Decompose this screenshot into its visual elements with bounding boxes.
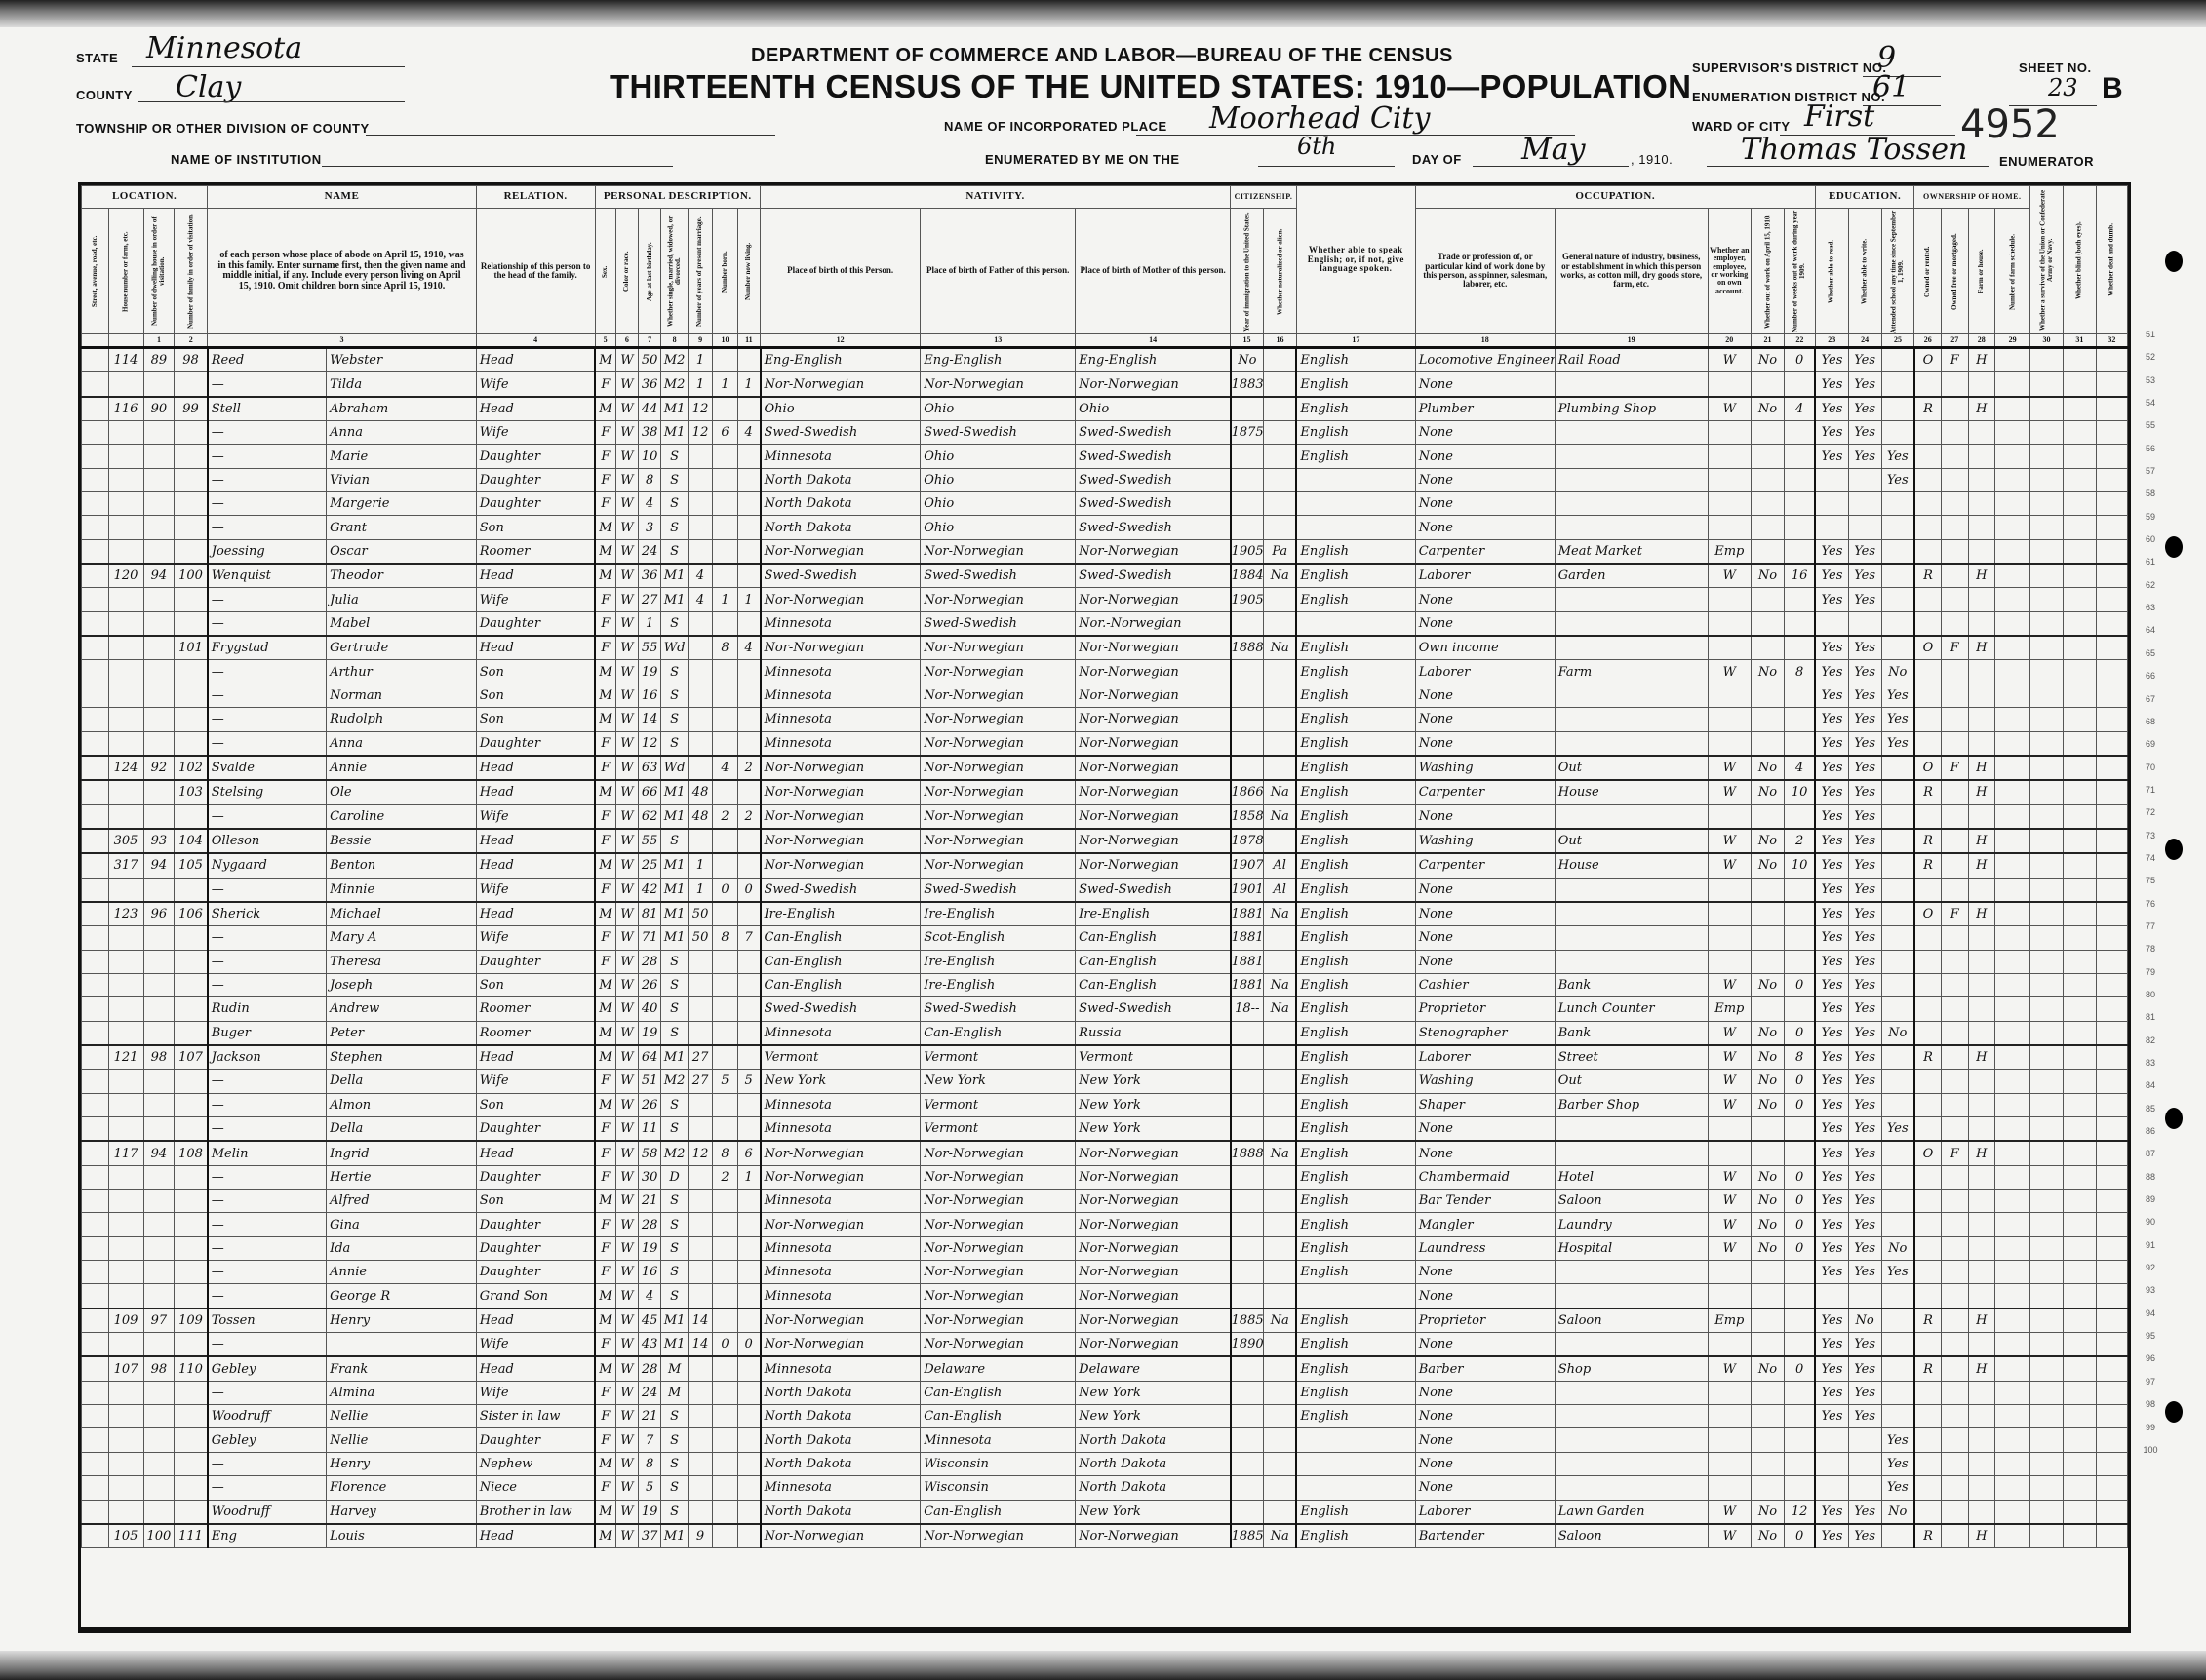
cell-school: Yes (1881, 1261, 1914, 1284)
cell-born: 8 (713, 1141, 737, 1165)
cell-yrs: 12 (688, 421, 712, 445)
cell-school (1881, 1213, 1914, 1236)
census-row: —HertieDaughterFW30D21Nor-NorwegianNor-N… (82, 1165, 2128, 1189)
group-nativity: NATIVITY. (761, 186, 1231, 209)
cell-nat (1264, 588, 1297, 611)
cell-nat: Na (1264, 902, 1297, 926)
cell-eng: English (1296, 539, 1415, 564)
cell-bm: New York (1076, 1405, 1231, 1428)
cell-sex: F (595, 588, 615, 611)
cell-surname: — (208, 950, 327, 973)
cell-born: 6 (713, 421, 737, 445)
cell-bm: Nor-Norwegian (1076, 731, 1231, 756)
cell-imm (1231, 1381, 1264, 1404)
cell-mtg (1942, 1213, 1969, 1236)
cell-sex: F (595, 1236, 615, 1260)
cell-trade: None (1415, 1117, 1555, 1142)
cell-yrs: 48 (688, 804, 712, 829)
cell-mtg (1942, 926, 1969, 950)
cell-street (82, 731, 109, 756)
cell-mtg (1942, 1405, 1969, 1428)
cell-given: Caroline (327, 804, 477, 829)
cell-bf: Ire-English (921, 950, 1076, 973)
cell-family (175, 1333, 208, 1357)
cell-deaf (2096, 1117, 2127, 1142)
cell-nat (1264, 1213, 1297, 1236)
cell-write: Yes (1848, 804, 1881, 829)
cell-nat (1264, 1117, 1297, 1142)
cell-deaf (2096, 1070, 2127, 1093)
cell-emp (1708, 588, 1751, 611)
cell-farm: H (1968, 853, 1995, 878)
cell-nat (1264, 516, 1297, 539)
institution-label: Name of institution (171, 152, 322, 167)
cell-write: Yes (1848, 1141, 1881, 1165)
cell-bf: Nor-Norwegian (921, 588, 1076, 611)
cell-school (1881, 1309, 1914, 1333)
cell-nat (1264, 708, 1297, 731)
cell-sex: F (595, 1141, 615, 1165)
cell-school (1881, 1284, 1914, 1309)
cell-read: Yes (1815, 684, 1848, 707)
cell-blind (2063, 636, 2096, 660)
column-number: 18 (1415, 334, 1555, 348)
punch-hole (2165, 536, 2183, 558)
cell-read: Yes (1815, 539, 1848, 564)
cell-mtg (1942, 804, 1969, 829)
cell-dwelling (143, 997, 175, 1021)
cell-mtg (1942, 492, 1969, 516)
cell-mtg (1942, 539, 1969, 564)
cell-wks: 0 (1784, 1213, 1815, 1236)
cell-vet (2030, 973, 2064, 996)
cell-house (108, 1261, 143, 1284)
cell-emp: W (1708, 756, 1751, 780)
cell-imm: 18-- (1231, 997, 1264, 1021)
cell-blind (2063, 1524, 2096, 1548)
cell-wks: 12 (1784, 1500, 1815, 1524)
cell-yrs: 1 (688, 372, 712, 397)
cell-marital: M1 (661, 1045, 689, 1070)
cell-blind (2063, 1261, 2096, 1284)
cell-own (1914, 731, 1942, 756)
cell-given: Annie (327, 756, 477, 780)
cell-family: 98 (175, 348, 208, 372)
cell-street (82, 492, 109, 516)
cell-wks: 0 (1784, 1356, 1815, 1381)
cell-given: Theodor (327, 564, 477, 588)
cell-sex: F (595, 611, 615, 636)
cell-write: Yes (1848, 950, 1881, 973)
cell-read: Yes (1815, 950, 1848, 973)
cell-emp: W (1708, 973, 1751, 996)
cell-fs (1995, 588, 2030, 611)
cell-bf: Nor-Norwegian (921, 1261, 1076, 1284)
cell-imm (1231, 756, 1264, 780)
cell-write: Yes (1848, 1117, 1881, 1142)
cell-write (1848, 492, 1881, 516)
cell-school (1881, 1141, 1914, 1165)
col-weeks-out: Number of weeks out of work during year … (1784, 209, 1815, 334)
cell-surname: Sherick (208, 902, 327, 926)
cell-dwelling (143, 1190, 175, 1213)
cell-bf: Delaware (921, 1356, 1076, 1381)
cell-blind (2063, 372, 2096, 397)
cell-family (175, 731, 208, 756)
cell-given: Almina (327, 1381, 477, 1404)
cell-marital: S (661, 468, 689, 491)
cell-yrs (688, 611, 712, 636)
cell-industry (1555, 684, 1708, 707)
cell-oow: No (1752, 1500, 1785, 1524)
cell-born (713, 1452, 737, 1475)
cell-mtg (1942, 468, 1969, 491)
cell-family (175, 1213, 208, 1236)
cell-industry: Laundry (1555, 1213, 1708, 1236)
cell-relation: Son (476, 708, 595, 731)
cell-fs (1995, 756, 2030, 780)
column-number: 19 (1555, 334, 1708, 348)
cell-street (82, 950, 109, 973)
cell-oow: No (1752, 1213, 1785, 1236)
cell-living (737, 1476, 760, 1500)
cell-own: O (1914, 636, 1942, 660)
cell-living (737, 1500, 760, 1524)
cell-race: W (615, 492, 638, 516)
cell-oow: No (1752, 1236, 1785, 1260)
cell-nat (1264, 1381, 1297, 1404)
cell-imm (1231, 1021, 1264, 1045)
cell-race: W (615, 878, 638, 902)
cell-fs (1995, 997, 2030, 1021)
cell-imm: 1905 (1231, 539, 1264, 564)
col-children-born: Number born. (713, 209, 737, 334)
col-marital: Whether single, married, widowed, or div… (661, 209, 689, 334)
cell-marital: S (661, 1236, 689, 1260)
cell-surname: Reed (208, 348, 327, 372)
cell-marital: Wd (661, 636, 689, 660)
cell-mtg: F (1942, 1141, 1969, 1165)
cell-own (1914, 1428, 1942, 1452)
cell-emp (1708, 1452, 1751, 1475)
cell-bf: Nor-Norwegian (921, 660, 1076, 684)
cell-industry (1555, 926, 1708, 950)
cell-dwelling (143, 950, 175, 973)
cell-street (82, 516, 109, 539)
cell-surname: — (208, 445, 327, 468)
cell-wks (1784, 1117, 1815, 1142)
col-age: Age at last birthday. (639, 209, 661, 334)
cell-read: Yes (1815, 878, 1848, 902)
cell-nat (1264, 1165, 1297, 1189)
cell-given: Norman (327, 684, 477, 707)
line-number: 97 (2136, 1371, 2165, 1393)
cell-house (108, 1190, 143, 1213)
cell-sex: F (595, 1333, 615, 1357)
cell-living: 7 (737, 926, 760, 950)
cell-race: W (615, 804, 638, 829)
cell-bf: Scot-English (921, 926, 1076, 950)
census-row: —TildaWifeFW36M2111Nor-NorwegianNor-Norw… (82, 372, 2128, 397)
cell-age: 16 (639, 684, 661, 707)
cell-farm: H (1968, 564, 1995, 588)
cell-write: Yes (1848, 708, 1881, 731)
cell-farm (1968, 1093, 1995, 1116)
cell-family: 111 (175, 1524, 208, 1548)
cell-farm (1968, 1236, 1995, 1260)
cell-oow: No (1752, 1070, 1785, 1093)
cell-school: Yes (1881, 1428, 1914, 1452)
cell-nat (1264, 1093, 1297, 1116)
cell-race: W (615, 611, 638, 636)
cell-dwelling: 93 (143, 829, 175, 853)
cell-marital: M1 (661, 1333, 689, 1357)
cell-farm (1968, 1117, 1995, 1142)
cell-eng: English (1296, 445, 1415, 468)
cell-bm: New York (1076, 1093, 1231, 1116)
cell-living: 0 (737, 1333, 760, 1357)
cell-age: 28 (639, 950, 661, 973)
cell-living (737, 1190, 760, 1213)
cell-deaf (2096, 397, 2127, 421)
line-number: 73 (2136, 825, 2165, 847)
cell-dwelling: 98 (143, 1356, 175, 1381)
cell-trade: Barber (1415, 1356, 1555, 1381)
cell-blind (2063, 853, 2096, 878)
cell-fs (1995, 372, 2030, 397)
cell-blind (2063, 468, 2096, 491)
cell-read (1815, 611, 1848, 636)
cell-age: 37 (639, 1524, 661, 1548)
cell-relation: Grand Son (476, 1284, 595, 1309)
cell-age: 58 (639, 1141, 661, 1165)
cell-mtg (1942, 708, 1969, 731)
cell-race: W (615, 1284, 638, 1309)
cell-sex: F (595, 1405, 615, 1428)
col-dwelling: Number of dwelling house in order of vis… (143, 209, 175, 334)
cell-yrs (688, 1284, 712, 1309)
cell-fs (1995, 1093, 2030, 1116)
cell-born (713, 1261, 737, 1284)
cell-house (108, 588, 143, 611)
cell-born (713, 1190, 737, 1213)
cell-eng: English (1296, 950, 1415, 973)
cell-bf: Ire-English (921, 973, 1076, 996)
census-row: —George RGrand SonMW4SMinnesotaNor-Norwe… (82, 1284, 2128, 1309)
cell-school (1881, 1333, 1914, 1357)
cell-born (713, 997, 737, 1021)
cell-wks: 4 (1784, 397, 1815, 421)
cell-nat: Al (1264, 853, 1297, 878)
cell-mtg (1942, 829, 1969, 853)
cell-surname: — (208, 1284, 327, 1309)
cell-trade: Laborer (1415, 1045, 1555, 1070)
cell-wks (1784, 445, 1815, 468)
cell-vet (2030, 731, 2064, 756)
cell-living (737, 1381, 760, 1404)
cell-house: 121 (108, 1045, 143, 1070)
col-farm-house: Farm or house. (1968, 209, 1995, 334)
cell-relation: Son (476, 516, 595, 539)
cell-blind (2063, 1070, 2096, 1093)
cell-school (1881, 950, 1914, 973)
cell-trade: None (1415, 468, 1555, 491)
cell-vet (2030, 588, 2064, 611)
cell-bp: Minnesota (761, 1117, 921, 1142)
cell-trade: None (1415, 1476, 1555, 1500)
cell-living (737, 445, 760, 468)
cell-farm (1968, 1428, 1995, 1452)
cell-industry: Farm (1555, 660, 1708, 684)
line-number: 68 (2136, 711, 2165, 733)
cell-own (1914, 1333, 1942, 1357)
cell-yrs (688, 950, 712, 973)
cell-imm: 1883 (1231, 372, 1264, 397)
cell-write: No (1848, 1309, 1881, 1333)
cell-dwelling (143, 804, 175, 829)
cell-age: 28 (639, 1356, 661, 1381)
cell-emp: Emp (1708, 997, 1751, 1021)
cell-living: 5 (737, 1070, 760, 1093)
cell-given: Almon (327, 1093, 477, 1116)
cell-born: 8 (713, 636, 737, 660)
cell-given: Peter (327, 1021, 477, 1045)
cell-deaf (2096, 853, 2127, 878)
cell-bm: Nor-Norwegian (1076, 708, 1231, 731)
cell-own (1914, 1476, 1942, 1500)
col-read: Whether able to read. (1815, 209, 1848, 334)
cell-emp: Emp (1708, 1309, 1751, 1333)
cell-oow (1752, 1333, 1785, 1357)
cell-dwelling (143, 539, 175, 564)
cell-bf: Nor-Norwegian (921, 684, 1076, 707)
cell-relation: Head (476, 636, 595, 660)
cell-nat (1264, 1284, 1297, 1309)
cell-fs (1995, 926, 2030, 950)
cell-deaf (2096, 539, 2127, 564)
cell-nat (1264, 468, 1297, 491)
cell-house (108, 1165, 143, 1189)
cell-blind (2063, 348, 2096, 372)
cell-oow: No (1752, 756, 1785, 780)
census-row: —CarolineWifeFW62M14822Nor-NorwegianNor-… (82, 804, 2128, 829)
cell-fs (1995, 1261, 2030, 1284)
cell-industry (1555, 516, 1708, 539)
cell-living: 1 (737, 588, 760, 611)
cell-marital: S (661, 950, 689, 973)
cell-emp: W (1708, 1190, 1751, 1213)
line-number: 86 (2136, 1120, 2165, 1143)
cell-given: Abraham (327, 397, 477, 421)
cell-street (82, 1500, 109, 1524)
cell-blind (2063, 1190, 2096, 1213)
cell-living (737, 684, 760, 707)
cell-bp: Ohio (761, 397, 921, 421)
cell-read (1815, 1428, 1848, 1452)
cell-born (713, 1213, 737, 1236)
cell-industry (1555, 1333, 1708, 1357)
cell-family: 108 (175, 1141, 208, 1165)
census-row: —GinaDaughterFW28SNor-NorwegianNor-Norwe… (82, 1213, 2128, 1236)
cell-deaf (2096, 636, 2127, 660)
cell-bp: Swed-Swedish (761, 421, 921, 445)
cell-bm: Nor-Norwegian (1076, 684, 1231, 707)
cell-industry (1555, 804, 1708, 829)
cell-vet (2030, 684, 2064, 707)
cell-race: W (615, 1356, 638, 1381)
cell-emp: Emp (1708, 539, 1751, 564)
cell-relation: Sister in law (476, 1405, 595, 1428)
cell-race: W (615, 1476, 638, 1500)
line-number: 58 (2136, 483, 2165, 505)
cell-nat (1264, 1500, 1297, 1524)
cell-family (175, 611, 208, 636)
cell-given: Della (327, 1070, 477, 1093)
col-industry: General nature of industry, business, or… (1555, 209, 1708, 334)
cell-relation: Daughter (476, 611, 595, 636)
cell-yrs (688, 756, 712, 780)
cell-vet (2030, 1236, 2064, 1260)
cell-imm (1231, 1500, 1264, 1524)
cell-industry: House (1555, 853, 1708, 878)
cell-race: W (615, 950, 638, 973)
cell-industry: House (1555, 780, 1708, 804)
cell-dwelling (143, 588, 175, 611)
cell-given: Harvey (327, 1500, 477, 1524)
cell-write: Yes (1848, 1190, 1881, 1213)
cell-born (713, 1381, 737, 1404)
cell-fs (1995, 1405, 2030, 1428)
line-number: 82 (2136, 1030, 2165, 1052)
cell-own (1914, 878, 1942, 902)
cell-emp (1708, 1284, 1751, 1309)
cell-race: W (615, 926, 638, 950)
cell-write: Yes (1848, 1356, 1881, 1381)
cell-family (175, 516, 208, 539)
line-number: 67 (2136, 688, 2165, 711)
cell-dwelling (143, 1261, 175, 1284)
cell-bm: Nor-Norwegian (1076, 853, 1231, 878)
cell-farm (1968, 878, 1995, 902)
cell-write (1848, 1476, 1881, 1500)
cell-write (1848, 1452, 1881, 1475)
cell-living: 1 (737, 372, 760, 397)
cell-yrs (688, 1117, 712, 1142)
cell-oow: No (1752, 853, 1785, 878)
cell-marital: M (661, 1356, 689, 1381)
census-row: —IdaDaughterFW19SMinnesotaNor-NorwegianN… (82, 1236, 2128, 1260)
cell-sex: M (595, 973, 615, 996)
cell-bm: Ire-English (1076, 902, 1231, 926)
cell-race: W (615, 1070, 638, 1093)
cell-imm (1231, 1476, 1264, 1500)
cell-nat (1264, 492, 1297, 516)
cell-born (713, 1284, 737, 1309)
state-underline (132, 66, 405, 67)
cell-street (82, 1236, 109, 1260)
cell-fs (1995, 348, 2030, 372)
cell-imm (1231, 1236, 1264, 1260)
cell-oow (1752, 684, 1785, 707)
cell-age: 1 (639, 611, 661, 636)
cell-bp: Eng-English (761, 348, 921, 372)
cell-yrs: 14 (688, 1333, 712, 1357)
cell-fs (1995, 611, 2030, 636)
cell-bp: North Dakota (761, 468, 921, 491)
cell-family (175, 588, 208, 611)
census-row: JoessingOscarRoomerMW24SNor-NorwegianNor… (82, 539, 2128, 564)
column-number: 9 (688, 334, 712, 348)
